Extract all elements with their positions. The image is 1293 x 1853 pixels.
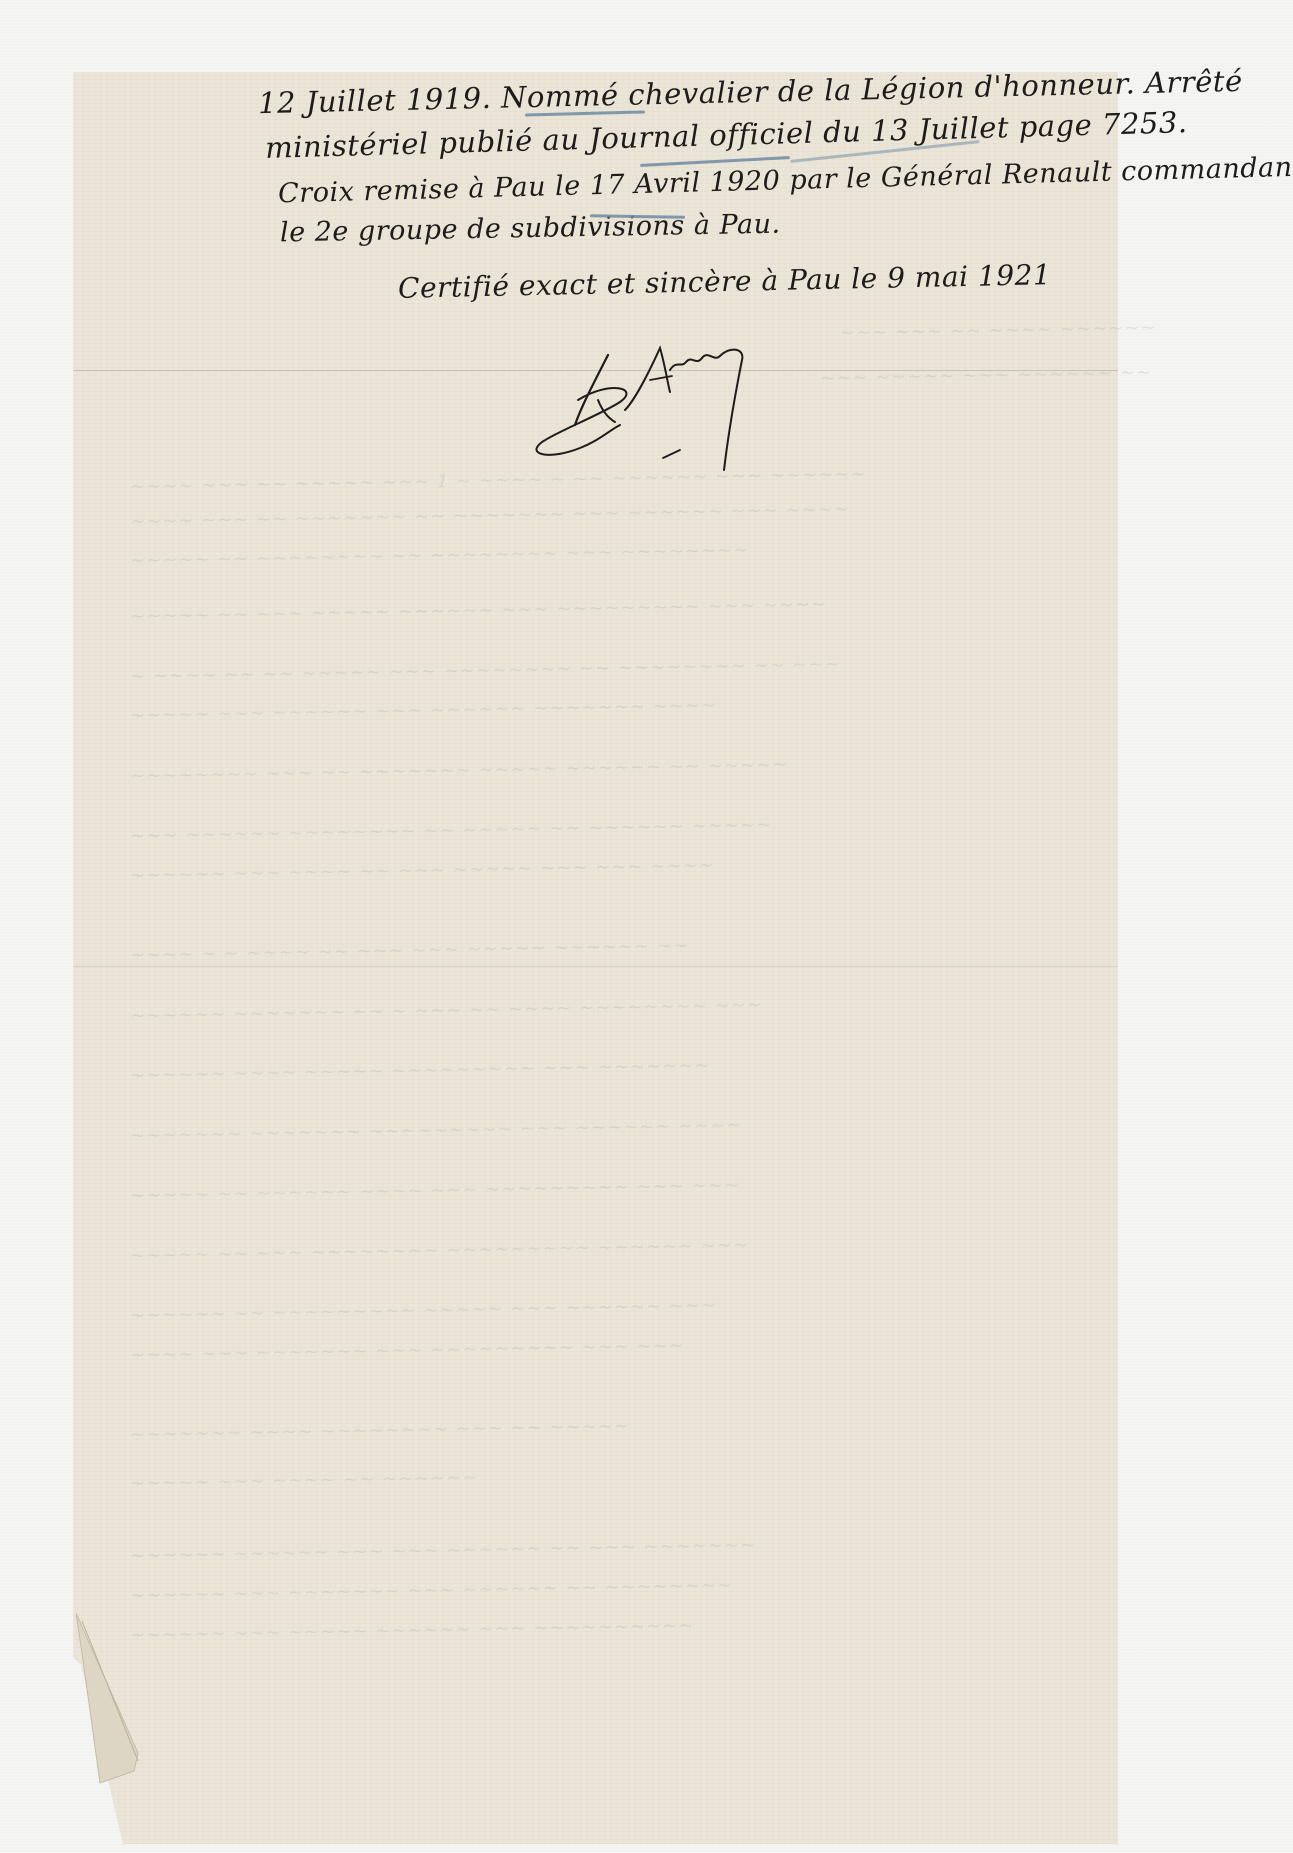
paper-fold-line-middle <box>73 966 1118 967</box>
folded-corner <box>76 1613 166 1845</box>
